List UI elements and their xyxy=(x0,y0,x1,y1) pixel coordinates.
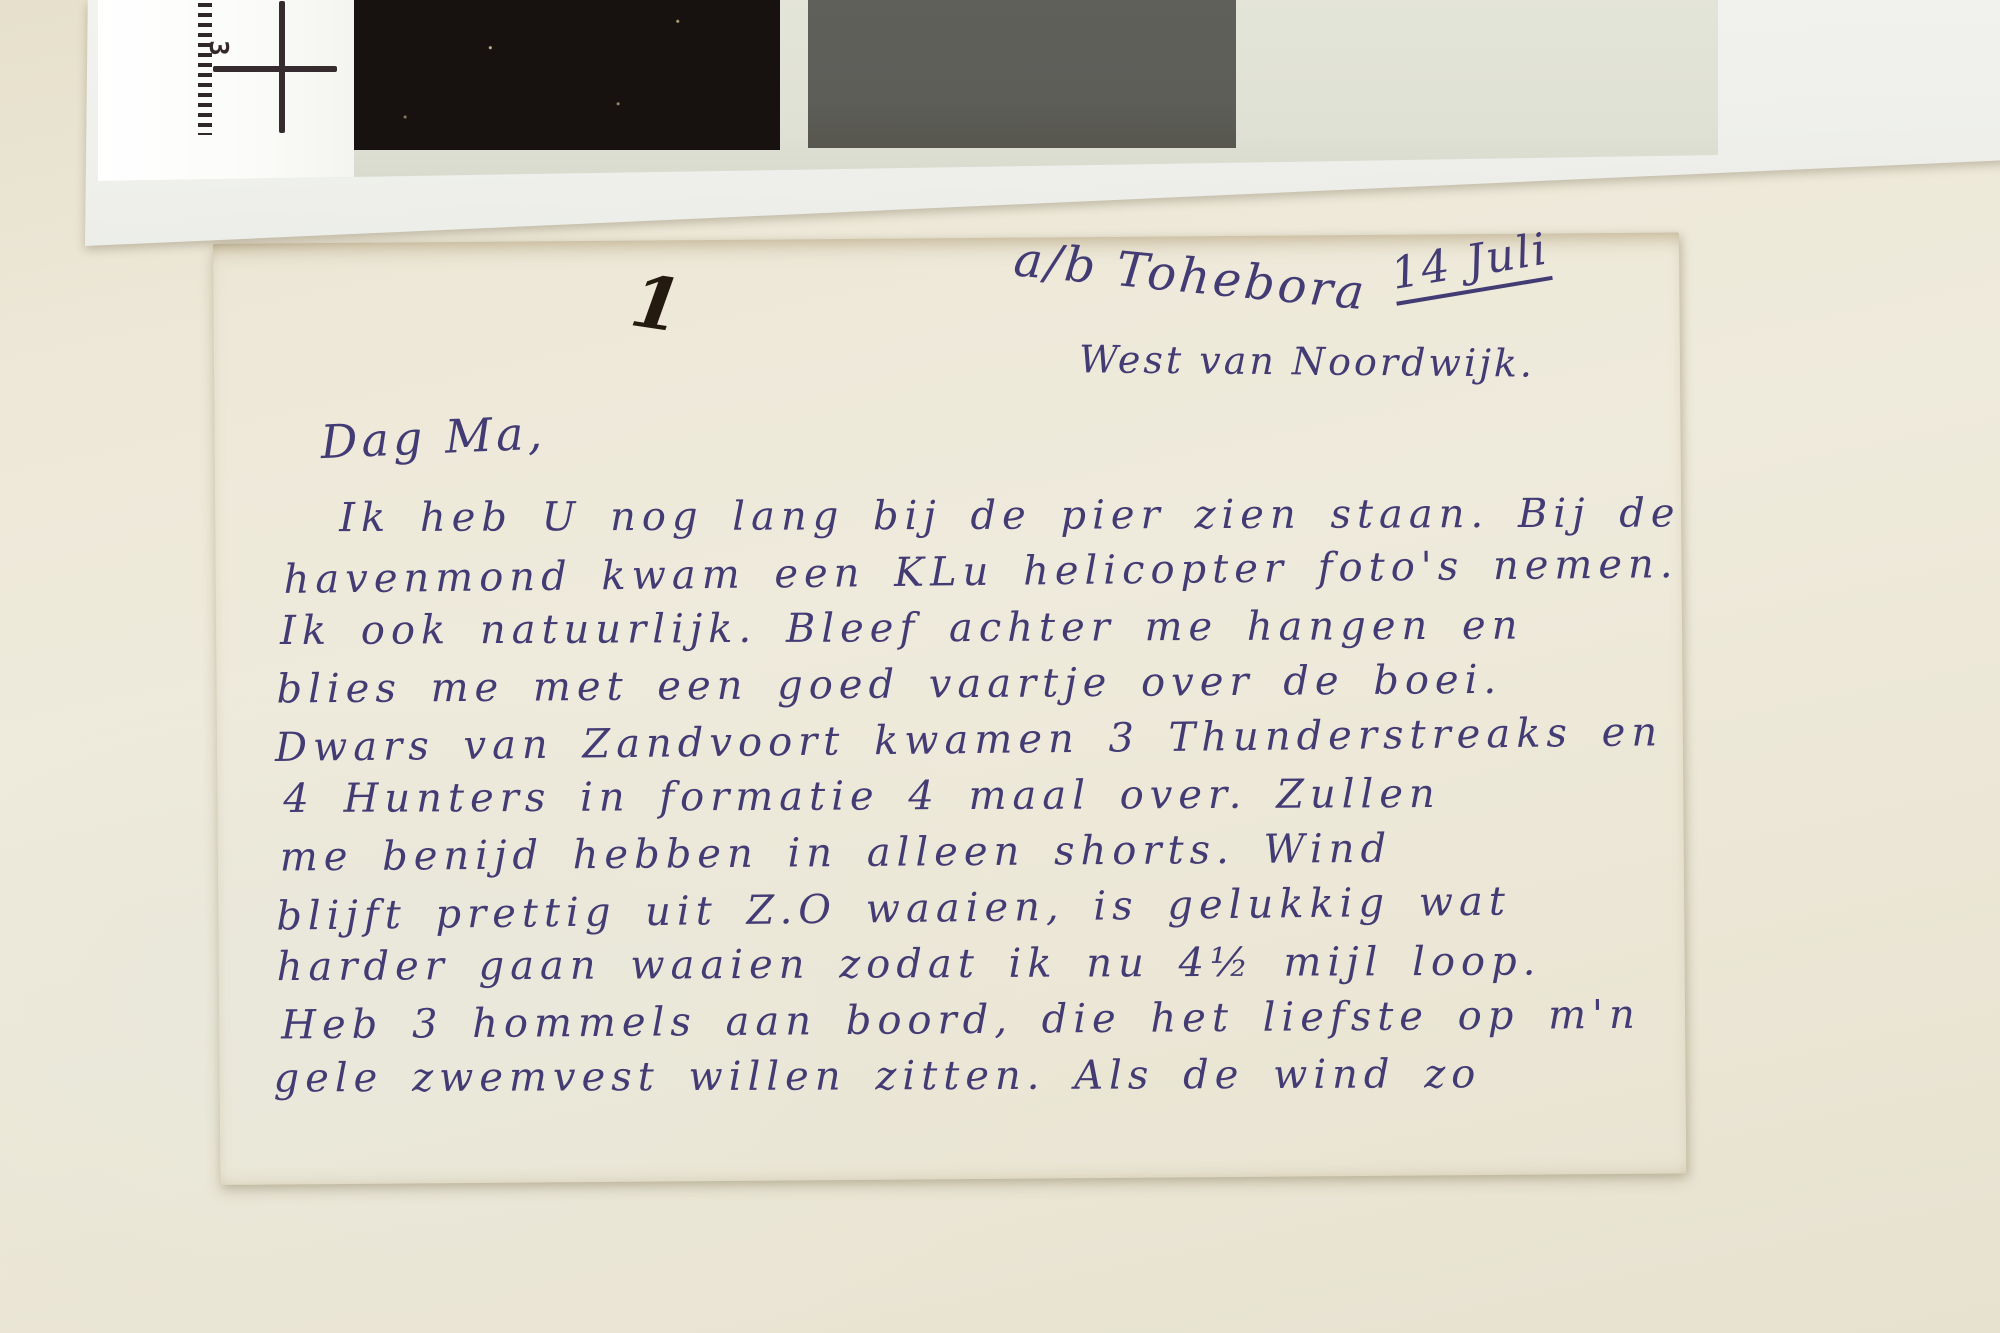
letter-line: gele zwemvest willen zitten. Als de wind… xyxy=(273,1046,1677,1107)
gray-color-patch xyxy=(808,0,1236,148)
letter-body: Ik heb U nog lang bij de pier zien staan… xyxy=(273,483,1678,1110)
scan-photograph: 1 a/b Tohebora 14 Juli West van Noordwij… xyxy=(0,0,2000,1333)
registration-cross-icon xyxy=(213,66,337,72)
letter-salutation: Dag Ma, xyxy=(319,405,547,469)
calibration-card: 3 xyxy=(98,0,1718,185)
letter-line: harder gaan waaien zodat ik nu 4½ mijl l… xyxy=(277,933,1677,995)
letter-location: West van Noordwijk. xyxy=(1079,337,1535,385)
letter-line: Ik heb U nog lang bij de pier zien staan… xyxy=(339,485,1673,546)
letter-line: 4 Hunters in formatie 4 maal over. Zulle… xyxy=(283,765,1675,827)
page-number-annotation: 1 xyxy=(625,257,687,349)
ruler-number: 3 xyxy=(203,40,233,56)
letter-line: Ik ook natuurlijk. Bleef achter me hange… xyxy=(280,597,1674,659)
letter-line: Heb 3 hommels aan boord, die het liefste… xyxy=(281,987,1677,1054)
black-color-patch xyxy=(354,0,780,150)
ruler-strip: 3 xyxy=(98,0,354,181)
ruler-ticks-icon xyxy=(198,3,212,135)
letter-paper: 1 a/b Tohebora 14 Juli West van Noordwij… xyxy=(213,232,1686,1184)
registration-cross-icon xyxy=(279,1,285,133)
